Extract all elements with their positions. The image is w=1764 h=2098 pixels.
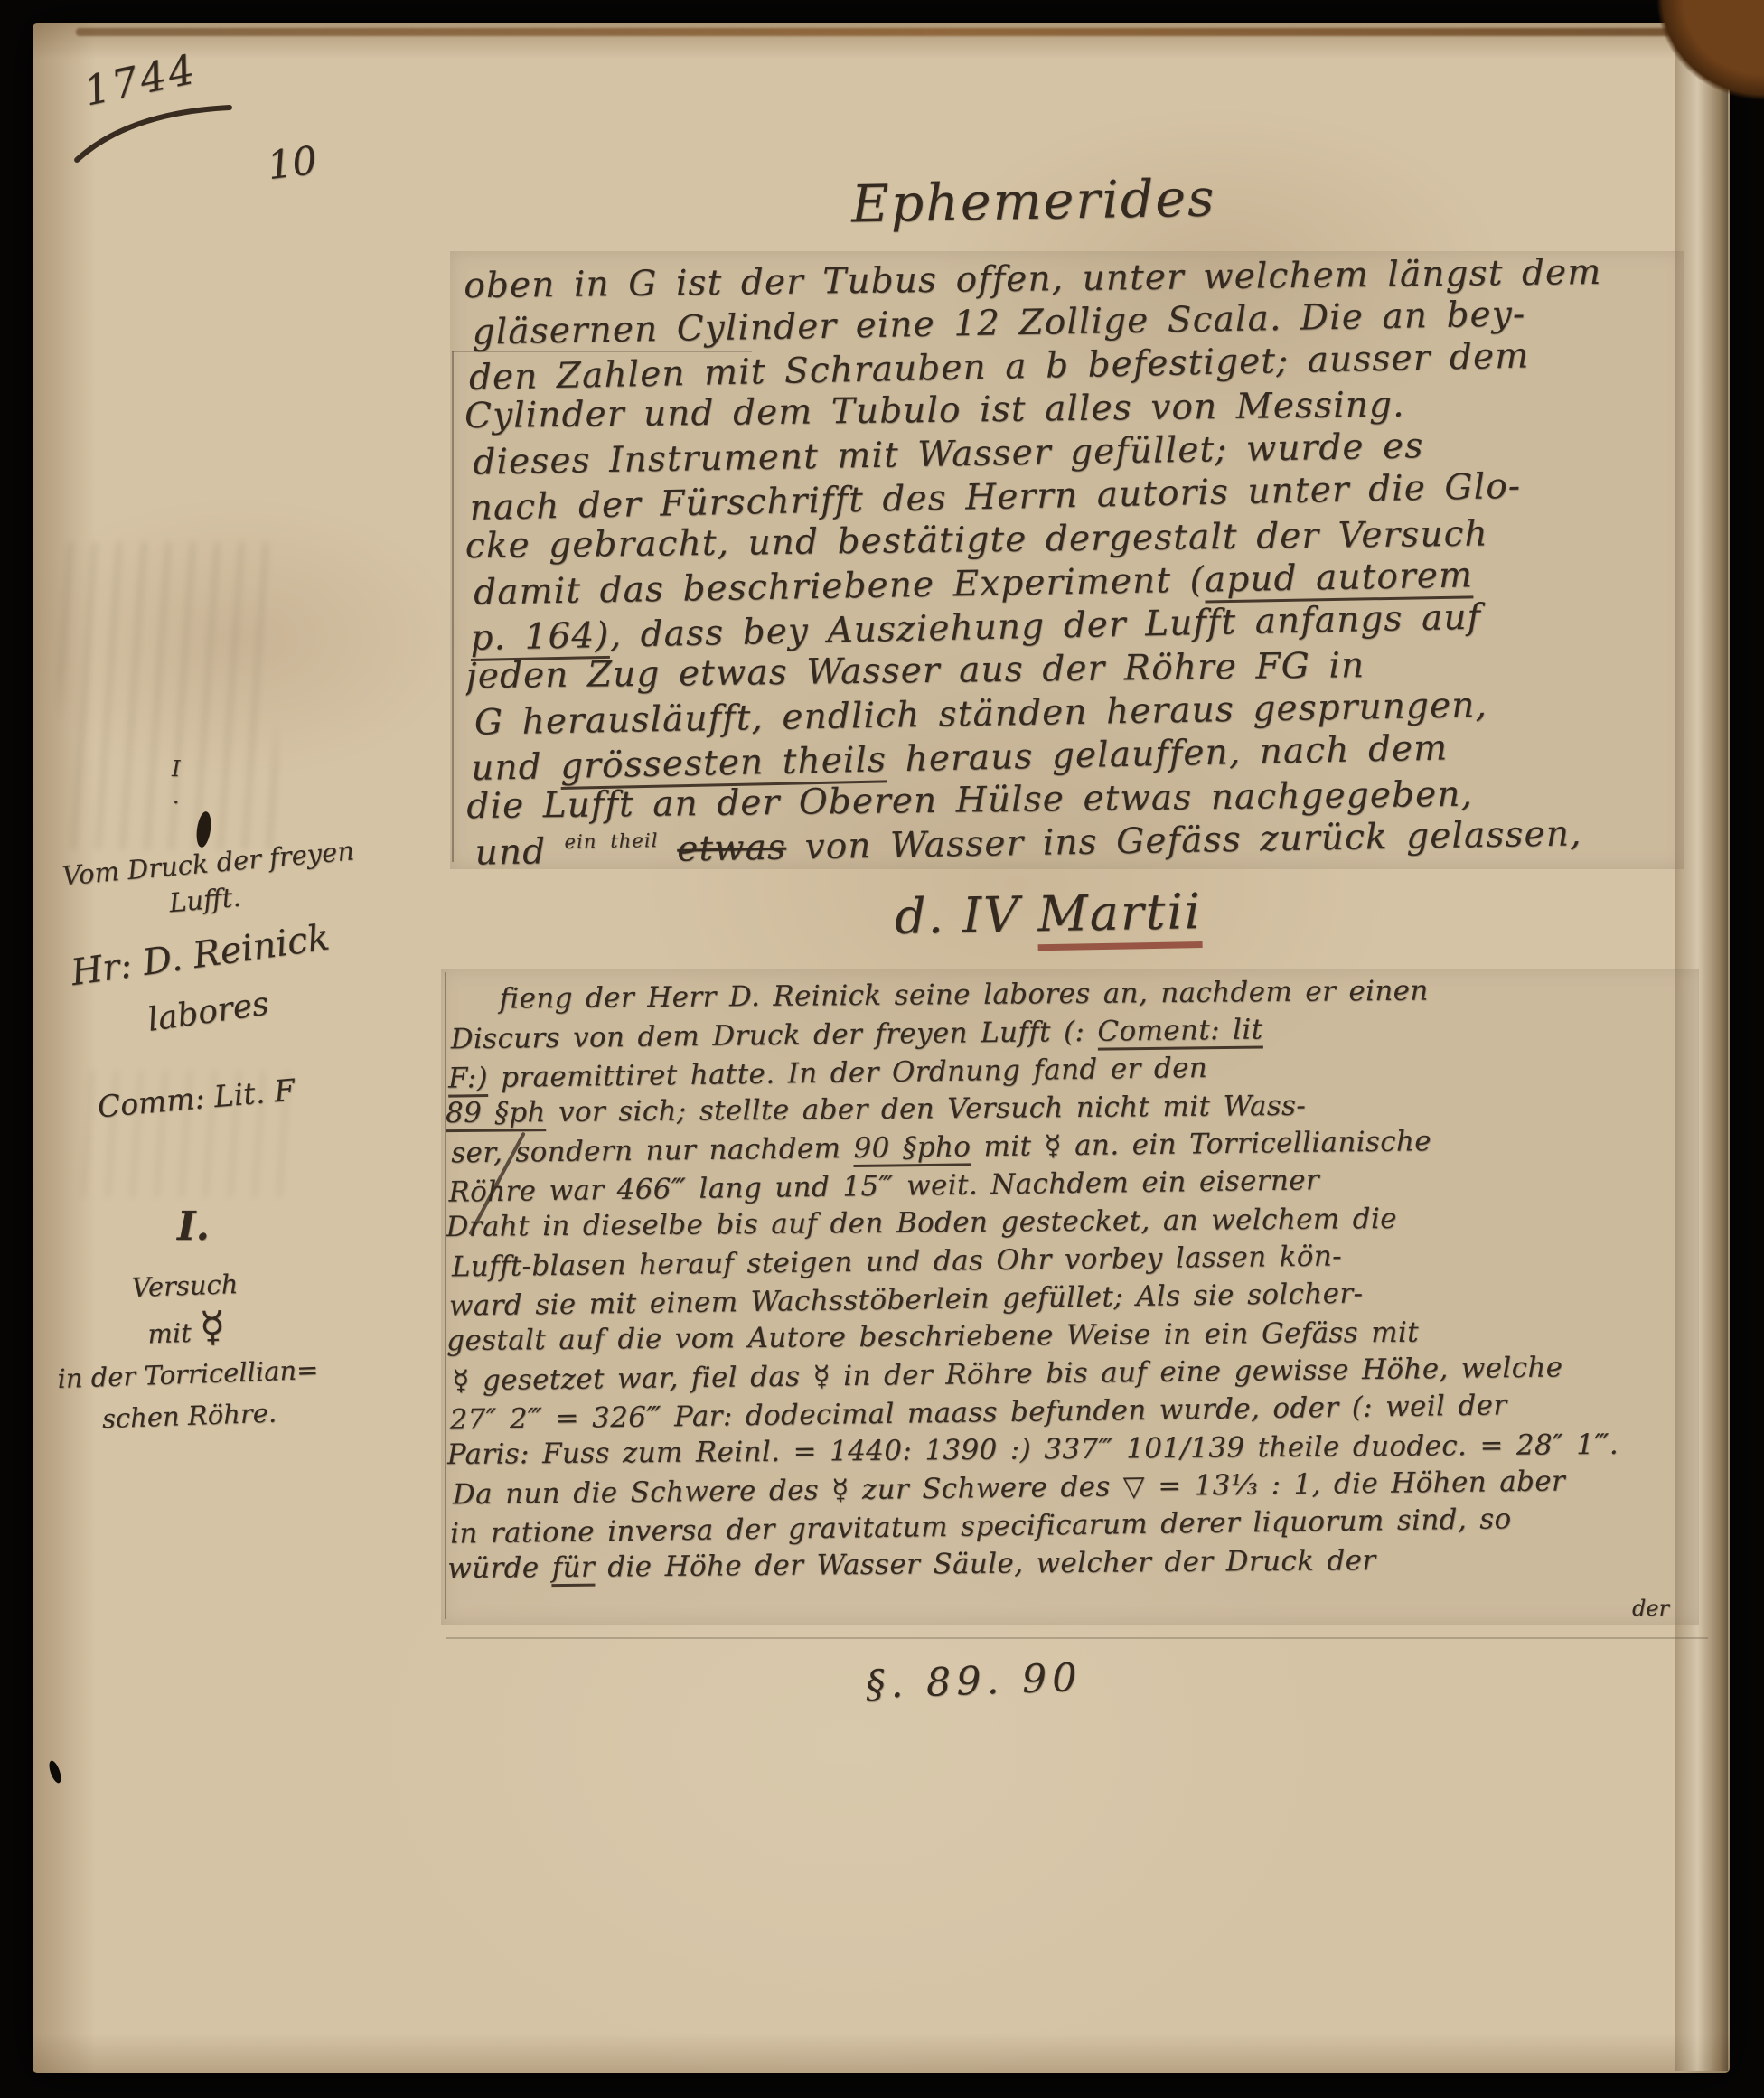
frame-line-bottom: [446, 1637, 1708, 1639]
entry-text-upper: oben in G ist der Tubus offen, unter wel…: [464, 255, 1689, 872]
margin-mark: I.: [172, 755, 180, 810]
catchword: der: [1632, 1596, 1669, 1621]
manuscript-photo: 1744 10 Ephemerides oben in G ist der Tu…: [0, 0, 1764, 2098]
page-title: Ephemerides: [850, 168, 1215, 234]
book-corner-edge: [1656, 0, 1764, 101]
book-top-edge: [76, 28, 1677, 36]
inserted-word: ein theil: [564, 829, 658, 853]
struck-word: etwas: [677, 828, 787, 870]
frame-line-left-upper: [452, 351, 454, 862]
page-number: 10: [265, 138, 319, 189]
footer-paragraph-refs: §. 89. 90: [865, 1655, 1083, 1708]
mercury-symbol: ☿: [199, 1302, 226, 1352]
ink-bleedthrough: [60, 542, 277, 849]
margin-section-number: I.: [177, 1204, 210, 1250]
date-heading: d. IV Martii: [894, 883, 1202, 945]
red-underlined-month: Martii: [1037, 883, 1203, 951]
entry-text-lower: fieng der Herr D. Reinick seine labores …: [445, 975, 1705, 1625]
margin-note-experiment: Versuch mit ☿ in der Torricellian= schen…: [35, 1260, 339, 1441]
